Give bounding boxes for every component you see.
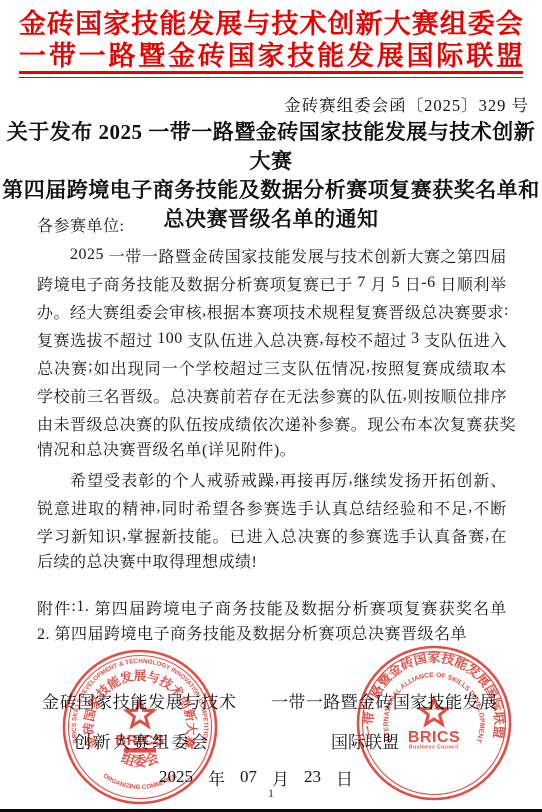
paragraph1-line: 由未晋级总决赛的队伍按成绩依次递补参赛。现公布本次复赛获奖 xyxy=(37,409,507,437)
paragraph1-line: 学校前三名晋级。总决赛前若存在无法参赛的队伍,则按顺位排序 xyxy=(37,381,507,409)
notice-body: 各参赛单位: 2025 一带一路暨金砖国家技能发展与技术创新大赛之第四届 跨境电… xyxy=(37,213,507,649)
organizing-committee-seal: BRICS SKILLS DEVELOPMENT & TECHNOLOGY IN… xyxy=(58,645,222,809)
letterhead-rule-thick xyxy=(19,71,523,74)
letterhead-line1: 金砖国家技能发展与技术创新大赛组委会 xyxy=(19,5,523,37)
star-icon xyxy=(421,699,448,724)
paragraph1-line: 情况和总决赛晋级名单(详见附件)。 xyxy=(37,437,507,465)
brics-logo-bar xyxy=(124,748,156,753)
page-bottom-edge xyxy=(0,809,542,812)
paragraph2-line: 锐意进取的精神,同时希望各参赛选手认真总结经验和不足,不断 xyxy=(37,493,507,521)
document-page: 金砖国家技能发展与技术创新大赛组委会 一带一路暨金砖国家技能发展国际联盟 金砖赛… xyxy=(0,0,542,812)
paragraph2-line: 学习新知识,掌握新技能。已进入总决赛的参赛选手认真备赛,在 xyxy=(37,521,507,549)
paragraph2-line: 后续的总决赛中取得理想成绩! xyxy=(37,549,507,577)
brics-logo-subtext: Business Council xyxy=(409,745,459,751)
brics-logo-text: BRICS xyxy=(115,732,164,749)
paragraph1-line: 总决赛;如出现同一个学校超过三支队伍情况,按照复赛成绩取本 xyxy=(37,353,507,381)
notice-title-line1: 关于发布 2025 一带一路暨金砖国家技能发展与技术创新大赛 xyxy=(0,118,542,176)
salutation: 各参赛单位: xyxy=(37,213,507,241)
letterhead-rule-thin xyxy=(19,77,523,79)
letterhead-line2: 一带一路暨金砖国家技能发展国际联盟 xyxy=(19,37,523,69)
notice-title-line2: 第四届跨境电子商务技能及数据分析赛项复赛获奖名单和 xyxy=(0,176,542,205)
paragraph2-line: 希望受表彰的个人戒骄戒躁,再接再厉,继续发扬开拓创新、 xyxy=(37,465,507,493)
attachment-line1: 附件:1. 第四届跨境电子商务技能及数据分析赛项复赛获奖名单 xyxy=(37,593,507,621)
page-number: 1 xyxy=(0,786,542,801)
brics-logo-text: BRICS xyxy=(408,729,460,746)
international-alliance-seal: 一带一路暨金砖国家技能发展国际联盟 INTERNATIONAL ALLIANCE… xyxy=(352,641,516,805)
paragraph1-line: 办。经大赛组委会审核,根据本赛项技术规程复赛晋级总决赛要求: xyxy=(37,297,507,325)
paragraph1-line: 跨境电子商务技能及数据分析赛项复赛已于 7 月 5 日-6 日顺利举 xyxy=(37,269,507,297)
paragraph1-line: 2025 一带一路暨金砖国家技能发展与技术创新大赛之第四届 xyxy=(37,241,507,269)
doc-number: 金砖赛组委会函〔2025〕329 号 xyxy=(284,92,529,116)
star-icon xyxy=(127,701,154,726)
paragraph1-line: 复赛选拔不超过 100 支队伍进入总决赛,每校不超过 3 支队伍进入 xyxy=(37,325,507,353)
